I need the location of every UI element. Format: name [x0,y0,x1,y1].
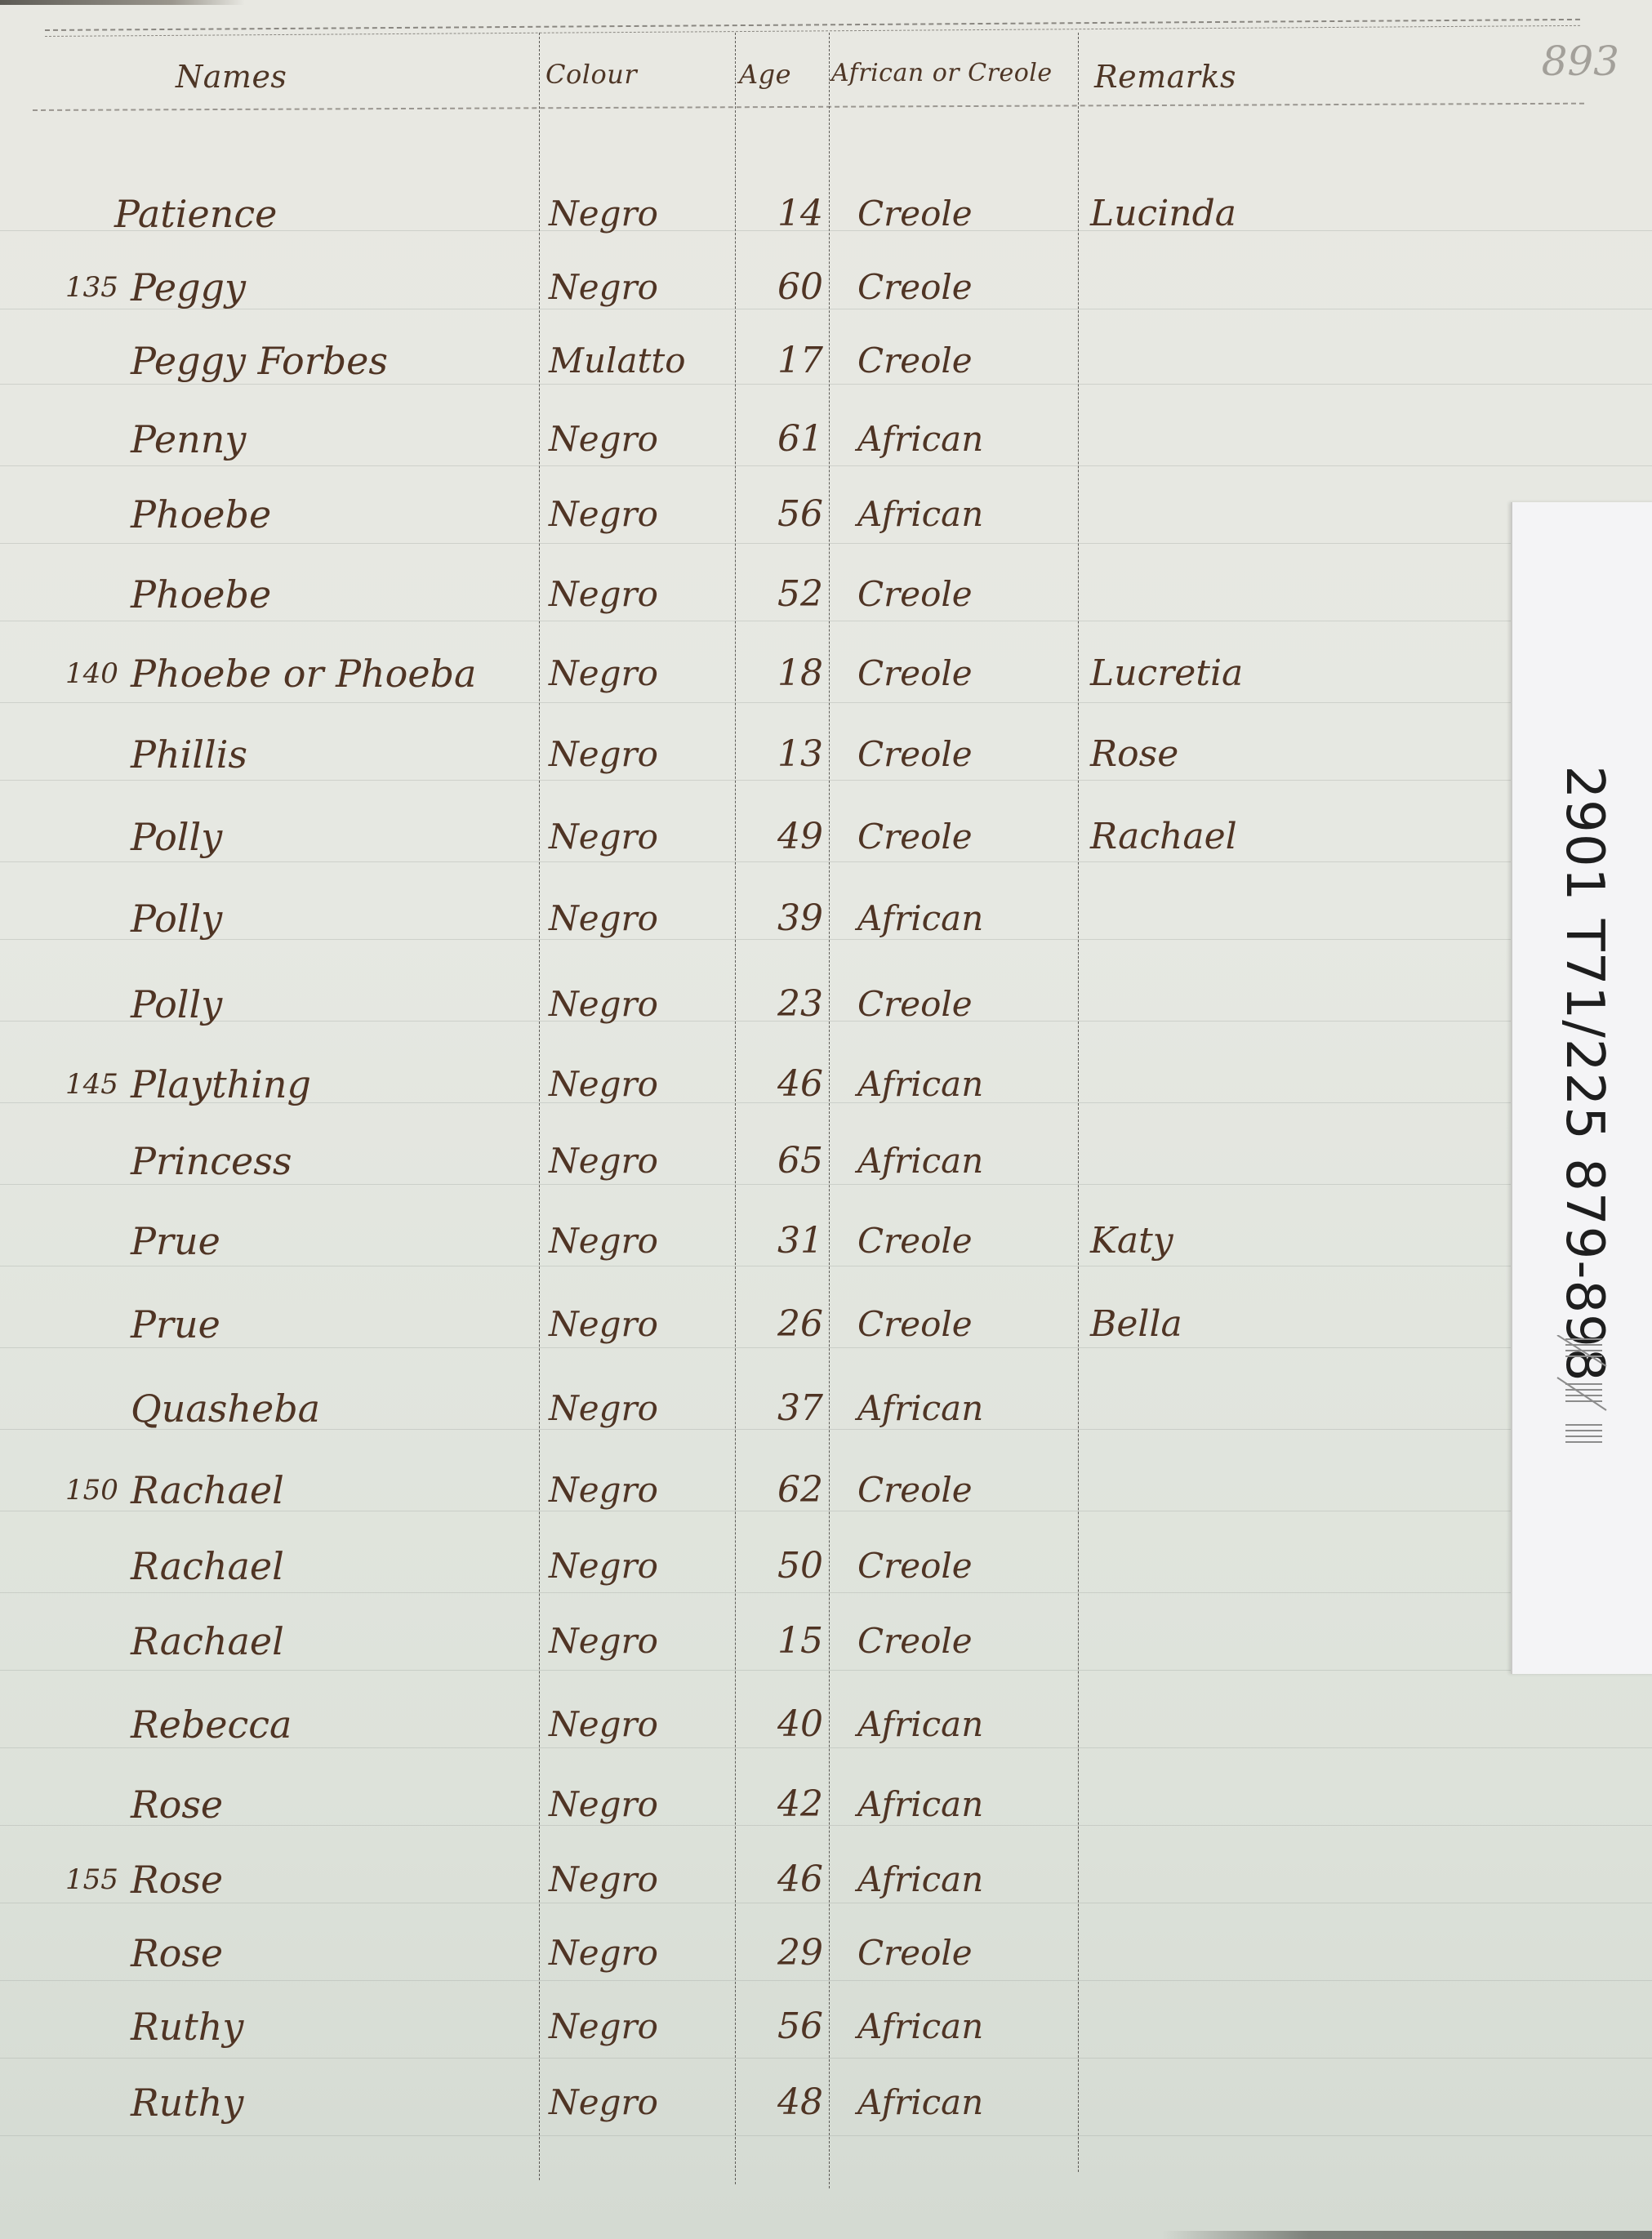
table-row: 155 Rose Negro 46 African [0,1855,1503,1904]
origin-cell: Creole [857,1300,973,1349]
header-underline [33,103,1584,111]
remarks-cell: Rose [1090,730,1178,779]
age-cell: 13 [768,730,833,779]
ruled-line [0,465,1652,466]
colour-cell: Negro [549,1542,658,1591]
colour-cell: Negro [549,263,658,312]
name-cell: Ruthy [131,2002,243,2051]
name-cell: Princess [131,1137,292,1186]
origin-cell: Creole [857,1542,973,1591]
origin-cell: Creole [857,570,973,619]
name-cell: Phoebe [131,490,271,539]
colour-cell: Negro [549,1300,658,1349]
origin-cell: Creole [857,812,973,861]
age-cell: 40 [768,1700,833,1749]
table-row: 135 Peggy Negro 60 Creole [0,263,1503,312]
age-cell: 52 [768,570,833,619]
age-cell: 37 [768,1384,833,1433]
colour-cell: Negro [549,1217,658,1266]
origin-cell: Creole [857,1929,973,1978]
origin-cell: Creole [857,1217,973,1266]
table-row: Rose Negro 29 Creole [0,1929,1503,1978]
name-cell: Rose [131,1855,223,1904]
origin-cell: African [857,1780,983,1829]
origin-cell: African [857,1137,983,1186]
ruled-line [0,543,1652,544]
name-cell: Ruthy [131,2078,243,2127]
origin-cell: Creole [857,336,973,385]
header-remarks: Remarks [1094,59,1236,95]
name-cell: Penny [131,415,246,464]
name-cell: Polly [131,812,222,861]
age-cell: 29 [768,1929,833,1978]
colour-cell: Negro [549,1137,658,1186]
table-row: Phillis Negro 13 Creole Rose [0,730,1503,779]
colour-cell: Negro [549,1617,658,1666]
name-cell: Peggy [131,263,246,312]
table-row: Phoebe Negro 56 African [0,490,1503,539]
remarks-cell: Bella [1090,1300,1182,1349]
age-cell: 62 [768,1466,833,1515]
table-row: 150 Rachael Negro 62 Creole [0,1466,1503,1515]
remarks-cell: Katy [1090,1217,1173,1266]
page-edge-shadow-bottom [1162,2231,1652,2239]
name-cell: Plaything [131,1060,311,1109]
ruled-line [0,1592,1652,1593]
table-row: Rebecca Negro 40 African [0,1700,1503,1749]
table-row: Phoebe Negro 52 Creole [0,570,1503,619]
colour-cell: Negro [549,490,658,539]
colour-cell: Negro [549,1929,658,1978]
age-cell: 46 [768,1060,833,1109]
origin-cell: African [857,1855,983,1904]
header-origin: African or Creole [831,59,1053,87]
colour-cell: Negro [549,730,658,779]
origin-cell: Creole [857,263,973,312]
top-rule-secondary [45,25,1580,37]
name-cell: Prue [131,1300,220,1349]
name-cell: Rose [131,1780,223,1829]
colour-cell: Negro [549,570,658,619]
name-cell: Rebecca [131,1700,292,1749]
archive-reference: 2901 T71/225 879-898 [1554,765,1614,1382]
ruled-line [0,1670,1652,1671]
table-row: Polly Negro 39 African [0,894,1503,943]
colour-cell: Negro [549,1060,658,1109]
origin-cell: Creole [857,1617,973,1666]
remarks-cell: Lucinda [1090,189,1236,238]
age-cell: 60 [768,263,833,312]
colour-cell: Negro [549,1466,658,1515]
table-row: Polly Negro 23 Creole [0,980,1503,1029]
name-cell: Prue [131,1217,220,1266]
name-cell: Rachael [131,1542,284,1591]
table-row: Rachael Negro 50 Creole [0,1542,1503,1591]
colour-cell: Negro [549,2002,658,2051]
colour-cell: Negro [549,415,658,464]
colour-cell: Negro [549,1780,658,1829]
name-cell: Phillis [131,730,247,779]
entry-number: 155 [65,1855,118,1904]
age-cell: 23 [768,980,833,1029]
tally-marks-icon [1553,1335,1610,1474]
age-cell: 56 [768,490,833,539]
name-cell: Rachael [131,1617,284,1666]
table-row: Patience Negro 14 Creole Lucinda [0,189,1503,238]
table-row: Ruthy Negro 56 African [0,2002,1503,2051]
name-cell: Polly [131,894,222,943]
ruled-line [0,861,1652,862]
ruled-line [0,1980,1652,1981]
origin-cell: African [857,894,983,943]
name-cell: Phoebe [131,570,271,619]
entry-number: 145 [65,1060,118,1109]
age-cell: 56 [768,2002,833,2051]
age-cell: 65 [768,1137,833,1186]
age-cell: 14 [768,189,833,238]
age-cell: 49 [768,812,833,861]
ruled-line [0,702,1652,703]
table-row: Quasheba Negro 37 African [0,1384,1503,1433]
origin-cell: African [857,415,983,464]
header-colour: Colour [545,59,637,90]
name-cell: Phoebe or Phoeba [131,649,476,698]
age-cell: 50 [768,1542,833,1591]
entry-number: 150 [65,1466,118,1515]
ruled-line [0,780,1652,781]
ruled-line [0,1266,1652,1266]
header-names: Names [176,59,287,95]
entry-number: 135 [65,263,118,312]
age-cell: 15 [768,1617,833,1666]
table-row: 145 Plaything Negro 46 African [0,1060,1503,1109]
page-number: 893 [1542,38,1619,85]
colour-cell: Negro [549,189,658,238]
origin-cell: Creole [857,980,973,1029]
table-row: Polly Negro 49 Creole Rachael [0,812,1503,861]
origin-cell: African [857,1060,983,1109]
table-row: 140 Phoebe or Phoeba Negro 18 Creole Luc… [0,649,1503,698]
colour-cell: Negro [549,2078,658,2127]
origin-cell: African [857,2078,983,2127]
age-cell: 48 [768,2078,833,2127]
top-rule [45,19,1580,31]
archive-reference-slip: 2901 T71/225 879-898 [1511,502,1652,1674]
age-cell: 26 [768,1300,833,1349]
origin-cell: Creole [857,730,973,779]
colour-cell: Negro [549,1384,658,1433]
age-cell: 42 [768,1780,833,1829]
origin-cell: Creole [857,649,973,698]
age-cell: 61 [768,415,833,464]
table-row: Rachael Negro 15 Creole [0,1617,1503,1666]
colour-cell: Negro [549,812,658,861]
colour-cell: Negro [549,980,658,1029]
name-cell: Rachael [131,1466,284,1515]
name-cell: Quasheba [131,1384,320,1433]
page-edge-shadow-top [0,0,245,5]
table-row: Ruthy Negro 48 African [0,2078,1503,2127]
colour-cell: Negro [549,894,658,943]
origin-cell: African [857,1700,983,1749]
header-age: Age [739,59,791,90]
origin-cell: Creole [857,189,973,238]
age-cell: 39 [768,894,833,943]
colour-cell: Negro [549,1700,658,1749]
table-row: Penny Negro 61 African [0,415,1503,464]
colour-cell: Mulatto [549,336,686,385]
table-row: Peggy Forbes Mulatto 17 Creole [0,336,1503,385]
remarks-cell: Rachael [1090,812,1237,861]
name-cell: Patience [114,189,277,238]
table-row: Princess Negro 65 African [0,1137,1503,1186]
table-row: Prue Negro 31 Creole Katy [0,1217,1503,1266]
origin-cell: African [857,2002,983,2051]
colour-cell: Negro [549,649,658,698]
name-cell: Rose [131,1929,223,1978]
origin-cell: African [857,490,983,539]
table-row: Rose Negro 42 African [0,1780,1503,1829]
age-cell: 31 [768,1217,833,1266]
name-cell: Polly [131,980,222,1029]
ruled-line [0,621,1652,621]
ruled-line [0,2135,1652,2136]
entry-number: 140 [65,649,118,698]
ruled-line [0,2058,1652,2059]
colour-cell: Negro [549,1855,658,1904]
age-cell: 17 [768,336,833,385]
age-cell: 46 [768,1855,833,1904]
origin-cell: African [857,1384,983,1433]
name-cell: Peggy Forbes [131,336,388,385]
remarks-cell: Lucretia [1090,649,1243,698]
origin-cell: Creole [857,1466,973,1515]
table-row: Prue Negro 26 Creole Bella [0,1300,1503,1349]
age-cell: 18 [768,649,833,698]
